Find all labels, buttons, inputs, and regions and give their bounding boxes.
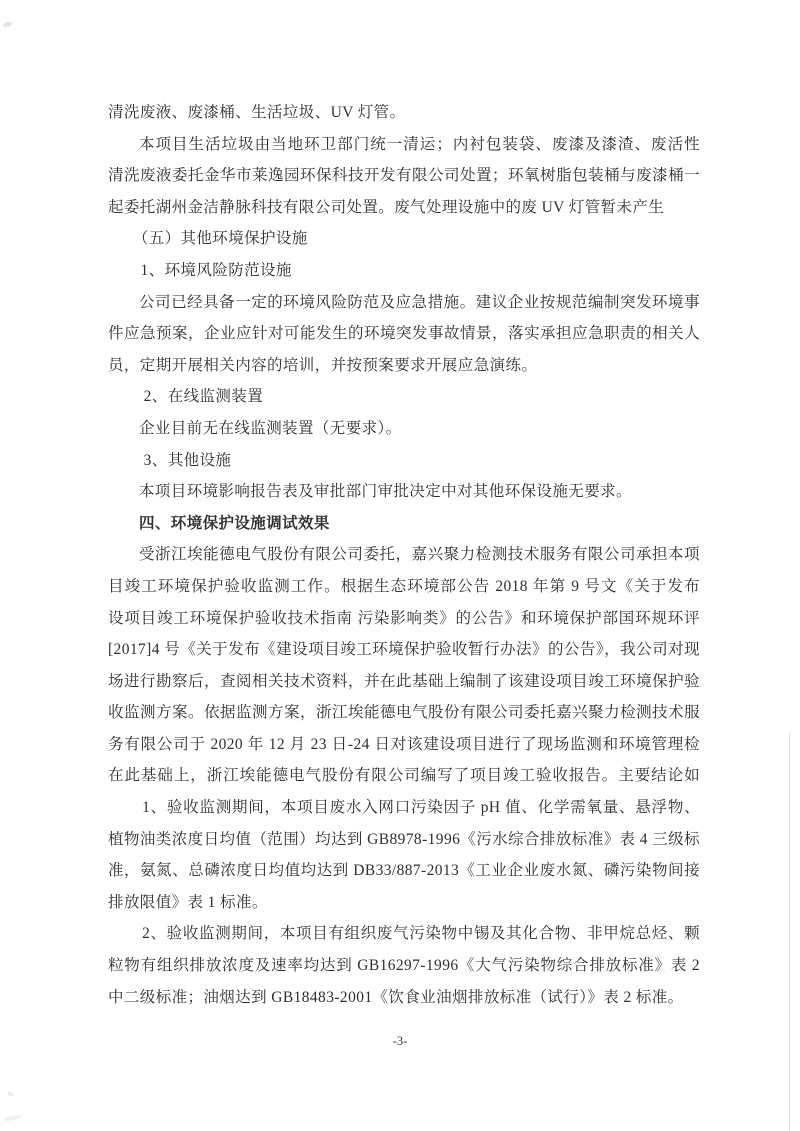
text-line: 1、环境风险防范设施	[108, 255, 700, 287]
text-line: 目竣工环境保护验收监测工作。根据生态环境部公告 2018 年第 9 号文《关于发…	[108, 571, 700, 603]
text-line: 清洗废液、废漆桶、生活垃圾、UV 灯管。	[108, 97, 700, 129]
text-line: 排放限值》表 1 标准。	[108, 887, 700, 919]
text-line: 收监测方案。依据监测方案，浙江埃能德电气股份有限公司委托嘉兴聚力检测技术服	[108, 697, 700, 729]
text-line: 员，定期开展相关内容的培训，并按预案要求开展应急演练。	[108, 350, 700, 382]
document-body: 清洗废液、废漆桶、生活垃圾、UV 灯管。本项目生活垃圾由当地环卫部门统一清运；内…	[108, 97, 700, 1013]
scan-speck-artifact	[6, 1091, 14, 1098]
text-line: 清洗废液委托金华市莱逸园环保科技开发有限公司处置；环氧树脂包装桶与废漆桶一	[108, 160, 700, 192]
text-line: 企业目前无在线监测装置（无要求）。	[108, 413, 700, 445]
text-line: 件应急预案，企业应针对可能发生的环境突发事故情景，落实承担应急职责的相关人	[108, 318, 700, 350]
text-line: 本项目生活垃圾由当地环卫部门统一清运；内衬包装袋、废漆及漆渣、废活性炭、	[108, 129, 700, 161]
text-line: 起委托湖州金洁静脉科技有限公司处置。废气处理设施中的废 UV 灯管暂未产生	[108, 192, 700, 224]
scan-speck-artifact	[4, 1114, 22, 1122]
text-line: 中二级标准；油烟达到 GB18483-2001《饮食业油烟排放标准（试行）》表 …	[108, 982, 700, 1014]
text-line: 本项目环境影响报告表及审批部门审批决定中对其他环保设施无要求。	[108, 476, 700, 508]
scan-edge-artifact	[789, 733, 790, 1131]
text-line: 务有限公司于 2020 年 12 月 23 日-24 日对该建设项目进行了现场监…	[108, 729, 700, 761]
page-number: -3-	[0, 1033, 800, 1049]
text-line: （五）其他环境保护设施	[108, 223, 700, 255]
text-line: 设项目竣工环境保护验收技术指南 污染影响类》的公告》和环境保护部国环规环评	[108, 603, 700, 635]
text-line: 受浙江埃能德电气股份有限公司委托，嘉兴聚力检测技术服务有限公司承担本项	[108, 539, 700, 571]
text-line: 2、在线监测装置	[108, 381, 700, 413]
text-line: 1、验收监测期间，本项目废水入网口污染因子 pH 值、化学需氧量、悬浮物、动	[108, 792, 700, 824]
text-line: [2017]4 号《关于发布《建设项目竣工环境保护验收暂行办法》的公告》，我公司…	[108, 634, 700, 666]
text-line: 四、环境保护设施调试效果	[108, 508, 700, 540]
text-line: 植物油类浓度日均值（范围）均达到 GB8978-1996《污水综合排放标准》表 …	[108, 824, 700, 856]
text-line: 公司已经具备一定的环境风险防范及应急措施。建议企业按规范编制突发环境事	[108, 287, 700, 319]
text-line: 3、其他设施	[108, 445, 700, 477]
text-line: 在此基础上，浙江埃能德电气股份有限公司编写了项目竣工验收报告。主要结论如下：	[108, 760, 700, 792]
text-line: 粒物有组织排放浓度及速率均达到 GB16297-1996《大气污染物综合排放标准…	[108, 950, 700, 982]
document-page: 清洗废液、废漆桶、生活垃圾、UV 灯管。本项目生活垃圾由当地环卫部门统一清运；内…	[0, 0, 800, 1131]
scan-speck-artifact	[3, 21, 13, 28]
text-line: 准，氨氮、总磷浓度日均值均达到 DB33/887-2013《工业企业废水氮、磷污…	[108, 855, 700, 887]
text-line: 场进行勘察后，查阅相关技术资料，并在此基础上编制了该建设项目竣工环境保护验	[108, 666, 700, 698]
text-line: 2、验收监测期间，本项目有组织废气污染物中锡及其化合物、非甲烷总烃、颗	[108, 918, 700, 950]
